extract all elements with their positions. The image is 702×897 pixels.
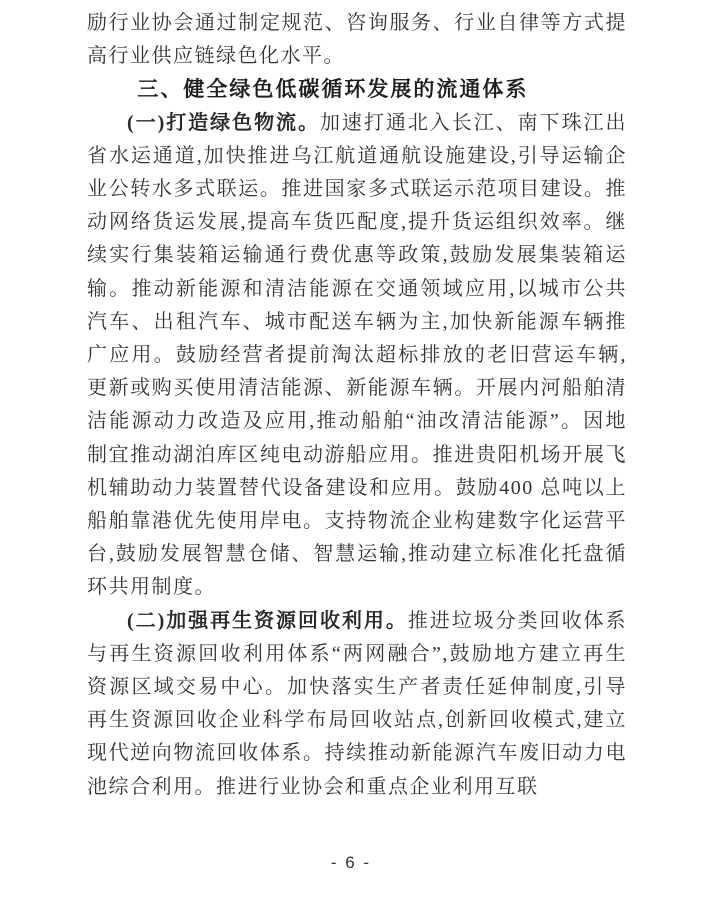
- paragraph-green-logistics: (一)打造绿色物流。加速打通北入长江、南下珠江出省水运通道,加快推进乌江航道通航…: [87, 107, 627, 605]
- paragraph-continuation: 励行业协会通过制定规范、咨询服务、行业自律等方式提高行业供应链绿色化水平。: [87, 7, 627, 73]
- paragraph-recycling-lead: (二)加强再生资源回收利用。: [127, 610, 408, 632]
- document-content: 励行业协会通过制定规范、咨询服务、行业自律等方式提高行业供应链绿色化水平。 三、…: [87, 7, 627, 804]
- paragraph-green-logistics-body: 加速打通北入长江、南下珠江出省水运通道,加快推进乌江航道通航设施建设,引导运输企…: [87, 112, 627, 599]
- page-number: - 6 -: [331, 853, 371, 872]
- paragraph-recycling-body: 推进垃圾分类回收体系与再生资源回收利用体系“两网融合”,鼓励地方建立再生资源区域…: [87, 610, 627, 798]
- section-heading: 三、健全绿色低碳循环发展的流通体系: [87, 73, 627, 106]
- page-footer: - 6 -: [0, 853, 702, 873]
- paragraph-green-logistics-lead: (一)打造绿色物流。: [127, 112, 320, 134]
- paragraph-recycling: (二)加强再生资源回收利用。推进垃圾分类回收体系与再生资源回收利用体系“两网融合…: [87, 605, 627, 804]
- document-page: 励行业协会通过制定规范、咨询服务、行业自律等方式提高行业供应链绿色化水平。 三、…: [0, 0, 702, 897]
